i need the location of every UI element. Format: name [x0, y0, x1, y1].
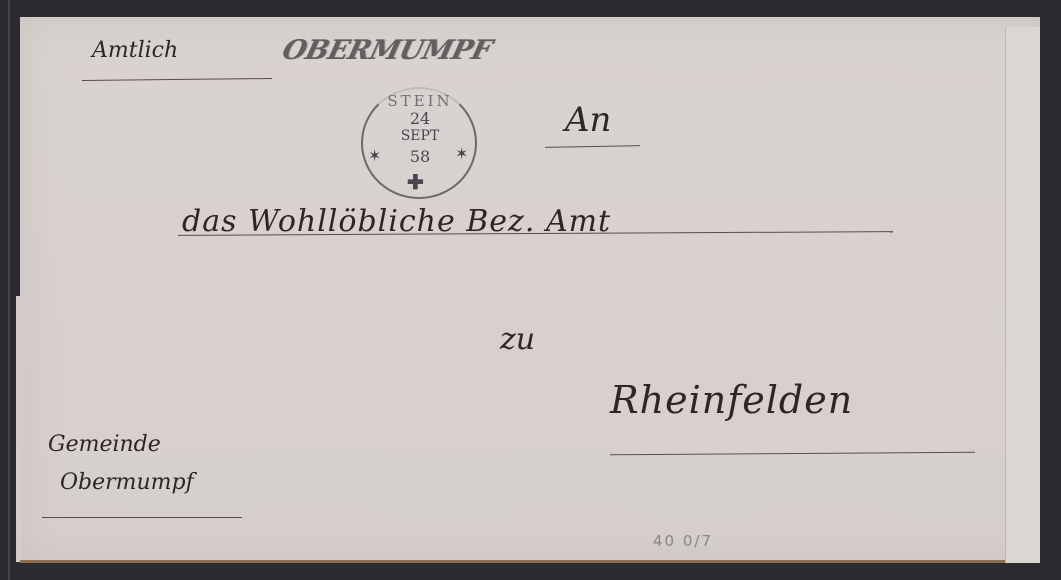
destination-town: Rheinfelden: [610, 378, 853, 422]
star-ornament-icon: ✶: [455, 144, 468, 163]
sender-line-2: Obermumpf: [60, 470, 194, 495]
datestamp-day: 24: [380, 109, 460, 128]
straight-line-postmark: OBERMUMPF: [279, 35, 494, 66]
salutation: An: [565, 100, 611, 140]
paper-bottom-edge: [20, 560, 1040, 563]
datestamp-town: STEIN: [370, 92, 470, 110]
paper-lower-left-edge: [16, 296, 22, 562]
official-note: Amtlich: [92, 38, 178, 63]
datestamp-year: 58: [380, 147, 460, 166]
swiss-cross-icon: ✚: [407, 170, 424, 194]
preposition: zu: [500, 322, 535, 357]
folded-flap: [1006, 27, 1040, 563]
fold-line: [1005, 27, 1006, 563]
datestamp-month: SEPT: [380, 128, 460, 144]
sender-line-1: Gemeinde: [48, 432, 161, 457]
star-ornament-icon: ✶: [368, 146, 381, 165]
pencil-annotation: 40 0/7: [653, 532, 713, 550]
sender-underline: [42, 517, 242, 518]
backdrop-edge: [8, 0, 10, 580]
